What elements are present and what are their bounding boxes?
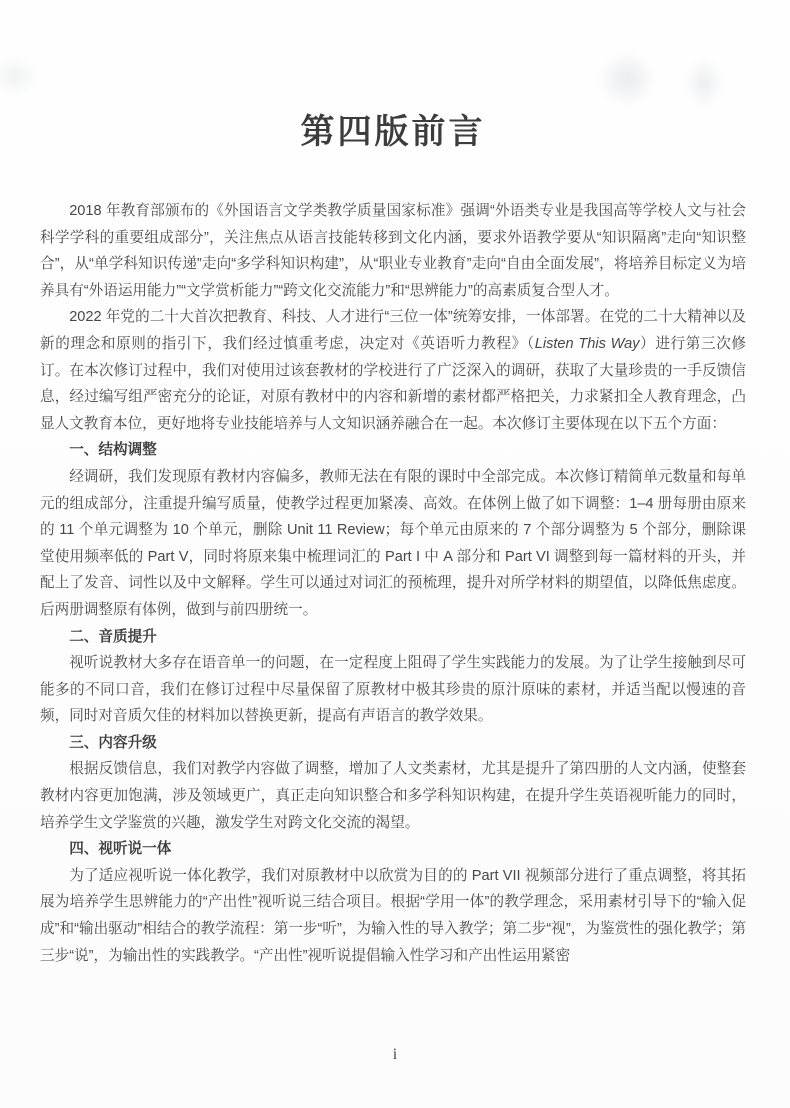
body-paragraph: 根据反馈信息，我们对教学内容做了调整，增加了人文类素材，尤其是提升了第四册的人文… [40, 756, 746, 836]
scan-artifact [598, 50, 656, 108]
page-number: i [0, 1046, 790, 1064]
section-heading: 四、视听说一体 [40, 836, 746, 863]
body-paragraph: 视听说教材大多存在语音单一的问题，在一定程度上阻碍了学生实践能力的发展。为了让学… [40, 650, 746, 730]
book-page: 第四版前言 2018 年教育部颁布的《外国语言文学类教学质量国家标准》强调“外语… [0, 0, 790, 1108]
body-paragraph: 2022 年党的二十大首次把教育、科技、人才进行“三位一体”统筹安排，一体部署。… [40, 304, 746, 437]
scan-artifact [686, 56, 722, 110]
body-paragraph: 经调研，我们发现原有教材内容偏多，教师无法在有限的课时中全部完成。本次修订精简单… [40, 464, 746, 624]
section-heading: 二、音质提升 [40, 624, 746, 651]
scan-artifact [0, 56, 38, 96]
preface-body: 2018 年教育部颁布的《外国语言文学类教学质量国家标准》强调“外语类专业是我国… [40, 198, 746, 969]
body-paragraph: 为了适应视听说一体化教学，我们对原教材中以欣赏为目的的 Part VII 视频部… [40, 863, 746, 969]
body-paragraph: 2018 年教育部颁布的《外国语言文学类教学质量国家标准》强调“外语类专业是我国… [40, 198, 746, 304]
page-title: 第四版前言 [40, 112, 746, 152]
section-heading: 一、结构调整 [40, 437, 746, 464]
section-heading: 三、内容升级 [40, 730, 746, 757]
